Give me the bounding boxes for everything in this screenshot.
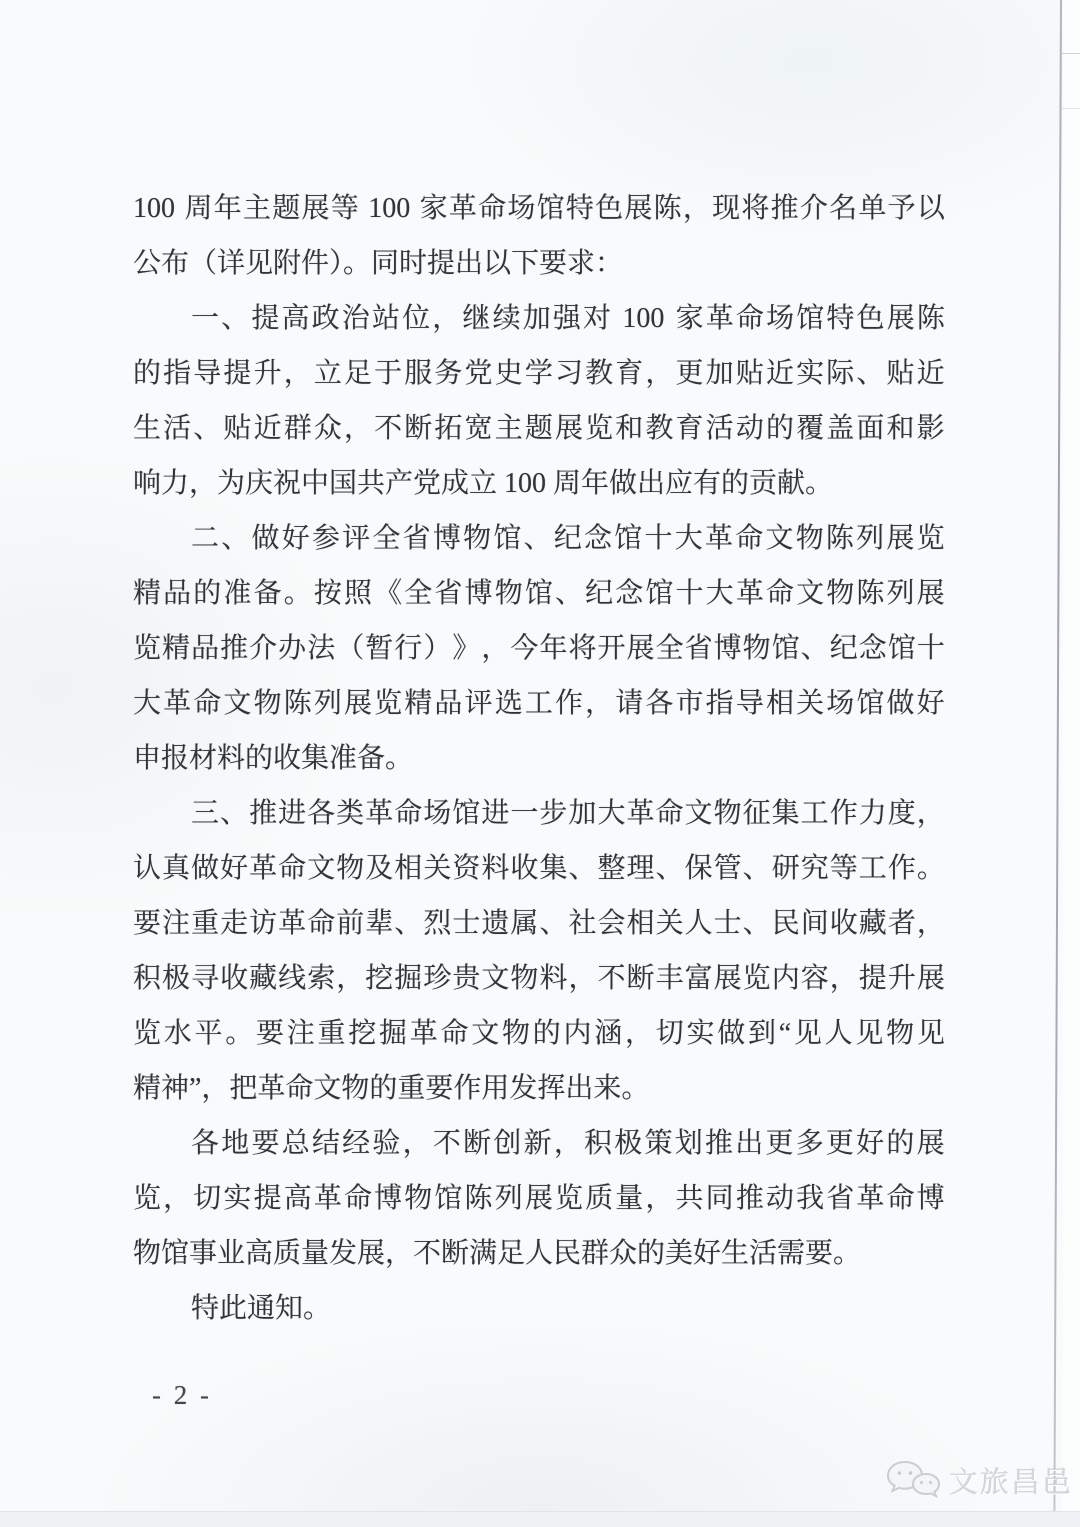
text-line: 物馆事业高质量发展，不断满足人民群众的美好生活需要。 bbox=[133, 1226, 945, 1281]
text-line: 三、推进各类革命场馆进一步加大革命文物征集工作力度， bbox=[133, 786, 945, 841]
text-line: 要注重走访革命前辈、烈士遗属、社会相关人士、民间收藏者， bbox=[133, 896, 945, 951]
scan-page-edge-line bbox=[1053, 0, 1062, 1515]
text-line: 精神”，把革命文物的重要作用发挥出来。 bbox=[133, 1061, 945, 1116]
text-line: 览水平。要注重挖掘革命文物的内涵，切实做到“见人见物见 bbox=[133, 1006, 945, 1061]
text-line: 积极寻收藏线索，挖掘珍贵文物料，不断丰富展览内容，提升展 bbox=[133, 951, 945, 1006]
watermark: 文旅昌邑 bbox=[884, 1459, 1073, 1501]
text-line: 一、提高政治站位，继续加强对 100 家革命场馆特色展陈 bbox=[133, 291, 945, 346]
scan-artifact-line bbox=[1062, 108, 1080, 109]
text-line: 申报材料的收集准备。 bbox=[133, 731, 945, 786]
text-line: 生活、贴近群众，不断拓宽主题展览和教育活动的覆盖面和影 bbox=[133, 401, 945, 456]
text-line: 响力，为庆祝中国共产党成立 100 周年做出应有的贡献。 bbox=[133, 456, 945, 511]
scan-artifact-line bbox=[1062, 53, 1080, 54]
text-line: 精品的准备。按照《全省博物馆、纪念馆十大革命文物陈列展 bbox=[133, 566, 945, 621]
text-line: 认真做好革命文物及相关资料收集、整理、保管、研究等工作。 bbox=[133, 841, 945, 896]
watermark-label: 文旅昌邑 bbox=[949, 1460, 1073, 1501]
text-line: 特此通知。 bbox=[133, 1281, 945, 1336]
text-line: 各地要总结经验，不断创新，积极策划推出更多更好的展 bbox=[133, 1116, 945, 1171]
text-line: 100 周年主题展等 100 家革命场馆特色展陈，现将推介名单予以 bbox=[133, 181, 945, 236]
text-line: 公布（详见附件）。同时提出以下要求： bbox=[133, 236, 945, 291]
text-line: 大革命文物陈列展览精品评选工作，请各市指导相关场馆做好 bbox=[133, 676, 945, 731]
text-line: 二、做好参评全省博物馆、纪念馆十大革命文物陈列展览 bbox=[133, 511, 945, 566]
text-line: 览精品推介办法（暂行）》，今年将开展全省博物馆、纪念馆十 bbox=[133, 621, 945, 676]
page-number: - 2 - bbox=[152, 1378, 212, 1412]
scanned-document-page: { "page": { "number_label": "- 2 -", "wa… bbox=[0, 0, 1080, 1527]
scan-page-edge-strip bbox=[1063, 0, 1080, 1527]
wechat-icon bbox=[884, 1459, 942, 1501]
text-line: 的指导提升，立足于服务党史学习教育，更加贴近实际、贴近 bbox=[133, 346, 945, 401]
scan-bottom-edge bbox=[0, 1511, 1080, 1527]
document-body: 100 周年主题展等 100 家革命场馆特色展陈，现将推介名单予以公布（详见附件… bbox=[133, 181, 945, 1336]
text-line: 览，切实提高革命博物馆陈列展览质量，共同推动我省革命博 bbox=[133, 1171, 945, 1226]
